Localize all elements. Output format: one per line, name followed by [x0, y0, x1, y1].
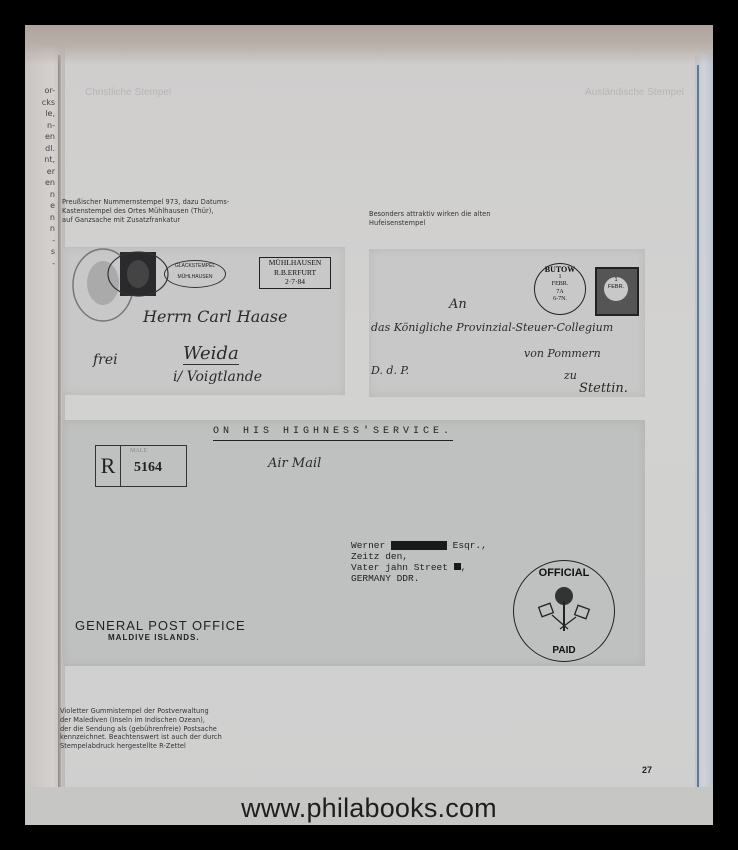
address-line: Zeitz den, — [351, 551, 487, 562]
address-name: Werner — [351, 540, 385, 551]
fragment: e — [25, 200, 55, 212]
fragment: - — [25, 258, 55, 270]
address-handwriting: Weida — [183, 343, 239, 365]
address-handwriting: Herrn Carl Haase — [143, 307, 287, 326]
caption-line: Violetter Gummistempel der Postverwaltun… — [60, 707, 270, 716]
photographed-book: or- cks le, n- en dl. nt, er en n e n n … — [25, 25, 713, 825]
cover-image-butow: BUTOW 1 FEBR. 7A 6-7N. 1FEBR. An das Kön… — [369, 249, 645, 397]
fragment: le, — [25, 108, 55, 120]
official-paid-stamp: OFFICIAL PAID — [513, 560, 615, 662]
caption-top-right: Besonders attraktiv wirken die alten Huf… — [369, 210, 569, 228]
fragment: en — [25, 177, 55, 189]
oval-text: MÜHLHAUSEN — [165, 272, 225, 283]
fragment: n — [25, 189, 55, 201]
horseshoe-postmark: BUTOW 1 FEBR. 7A 6-7N. — [534, 263, 586, 315]
fragment: n — [25, 212, 55, 224]
registration-place: MALE — [130, 448, 147, 454]
fragment: cks — [25, 97, 55, 109]
caption-line: Stempelabdruck hergestellte R-Zettel — [60, 742, 270, 751]
ohhs-header: ON HIS HIGHNESS'SERVICE. — [213, 426, 453, 441]
fragment: en — [25, 131, 55, 143]
address-handwriting: von Pommern — [524, 347, 601, 360]
box-text: 2·7·84 — [260, 277, 330, 287]
gpo-subtext: MALDIVE ISLANDS. — [108, 633, 246, 642]
left-page-text-fragments: or- cks le, n- en dl. nt, er en n e n n … — [25, 85, 55, 269]
caption-line: Preußischer Nummernstempel 973, dazu Dat… — [62, 198, 262, 207]
box-text: MÜHLHAUSEN — [260, 258, 330, 268]
redaction-bar — [454, 563, 461, 570]
registration-label: R MALE 5164 — [95, 445, 187, 487]
official-text: OFFICIAL — [514, 567, 614, 579]
address-line: GERMANY DDR. — [351, 573, 487, 584]
caption-line: kennzeichnet. Beachtenswert ist auch der… — [60, 733, 270, 742]
registration-letter: R — [96, 446, 121, 486]
address-line: Vater jahn Street , — [351, 562, 487, 573]
box-cancel: MÜHLHAUSEN R.B.ERFURT 2·7·84 — [259, 257, 331, 289]
address-comma: , — [461, 562, 467, 573]
address-handwriting: frei — [93, 352, 118, 368]
postmark-text: 7A — [535, 289, 585, 297]
fragment: n- — [25, 120, 55, 132]
watermark-url[interactable]: www.philabooks.com — [0, 793, 738, 824]
cover-image-muehlhausen: GLACKSTEMPEL MÜHLHAUSEN MÜHLHAUSEN R.B.E… — [63, 247, 345, 395]
address-handwriting: i/ Voigtlande — [173, 369, 262, 385]
caption-bottom-left: Violetter Gummistempel der Postverwaltun… — [60, 707, 270, 751]
fragment: s — [25, 246, 55, 258]
address-line: Werner Esqr., — [351, 540, 487, 551]
registration-number: 5164 — [134, 460, 162, 476]
postmark-text: FEBR. — [535, 281, 585, 289]
postmark-text: 6-7N. — [535, 296, 585, 304]
fragment: - — [25, 235, 55, 247]
cover-image-maldives: ON HIS HIGHNESS'SERVICE. R MALE 5164 Air… — [63, 420, 645, 666]
caption-line: Kastenstempel des Ortes Mühlhausen (Thür… — [62, 207, 262, 216]
address-handwriting: An — [449, 297, 467, 312]
page-number: 27 — [642, 765, 652, 775]
airmail-note: Air Mail — [268, 456, 321, 471]
postmark-text: 1 — [535, 274, 585, 282]
paid-text: PAID — [514, 645, 614, 656]
caption-top-left: Preußischer Nummernstempel 973, dazu Dat… — [62, 198, 262, 224]
redaction-bar — [391, 541, 447, 550]
address-handwriting: das Königliche Provinzial-Steuer-Collegi… — [371, 321, 613, 334]
caption-line: Hufeisenstempel — [369, 219, 569, 228]
book-cover-edge — [697, 65, 699, 805]
palm-flags-emblem-icon — [534, 581, 594, 641]
caption-line: der die Sendung als (gebührenfreie) Post… — [60, 725, 270, 734]
address-handwriting: D. d. P. — [371, 364, 409, 377]
faint-header-right: Ausländische Stempel — [585, 87, 684, 98]
fragment: nt, — [25, 154, 55, 166]
fragment: or- — [25, 85, 55, 97]
gpo-text: GENERAL POST OFFICE — [75, 618, 246, 633]
caption-line: auf Ganzsache mit Zusatzfrankatur — [62, 216, 262, 225]
oval-cancel: GLACKSTEMPEL MÜHLHAUSEN — [164, 260, 226, 288]
stamp-eagle-shield: 1FEBR. — [595, 267, 639, 316]
address-handwriting: zu — [564, 369, 577, 382]
book-gutter — [58, 55, 61, 815]
address-suffix: Esqr., — [453, 540, 487, 551]
fragment: er — [25, 166, 55, 178]
faint-header-left: Christliche Stempel — [85, 87, 171, 98]
oval-text: GLACKSTEMPEL — [165, 261, 225, 272]
general-post-office-stamp: GENERAL POST OFFICE MALDIVE ISLANDS. — [75, 618, 246, 642]
postmark-text: BUTOW — [535, 266, 585, 274]
caption-line: Besonders attraktiv wirken die alten — [369, 210, 569, 219]
top-shadow — [25, 25, 713, 65]
box-text: R.B.ERFURT — [260, 268, 330, 278]
address-handwriting: Stettin. — [579, 381, 628, 396]
fragment: dl. — [25, 143, 55, 155]
address-street: Vater jahn Street — [351, 562, 448, 573]
recipient-address: Werner Esqr., Zeitz den, Vater jahn Stre… — [351, 540, 487, 584]
fragment: n — [25, 223, 55, 235]
caption-line: der Malediven (Inseln im Indischen Ozean… — [60, 716, 270, 725]
